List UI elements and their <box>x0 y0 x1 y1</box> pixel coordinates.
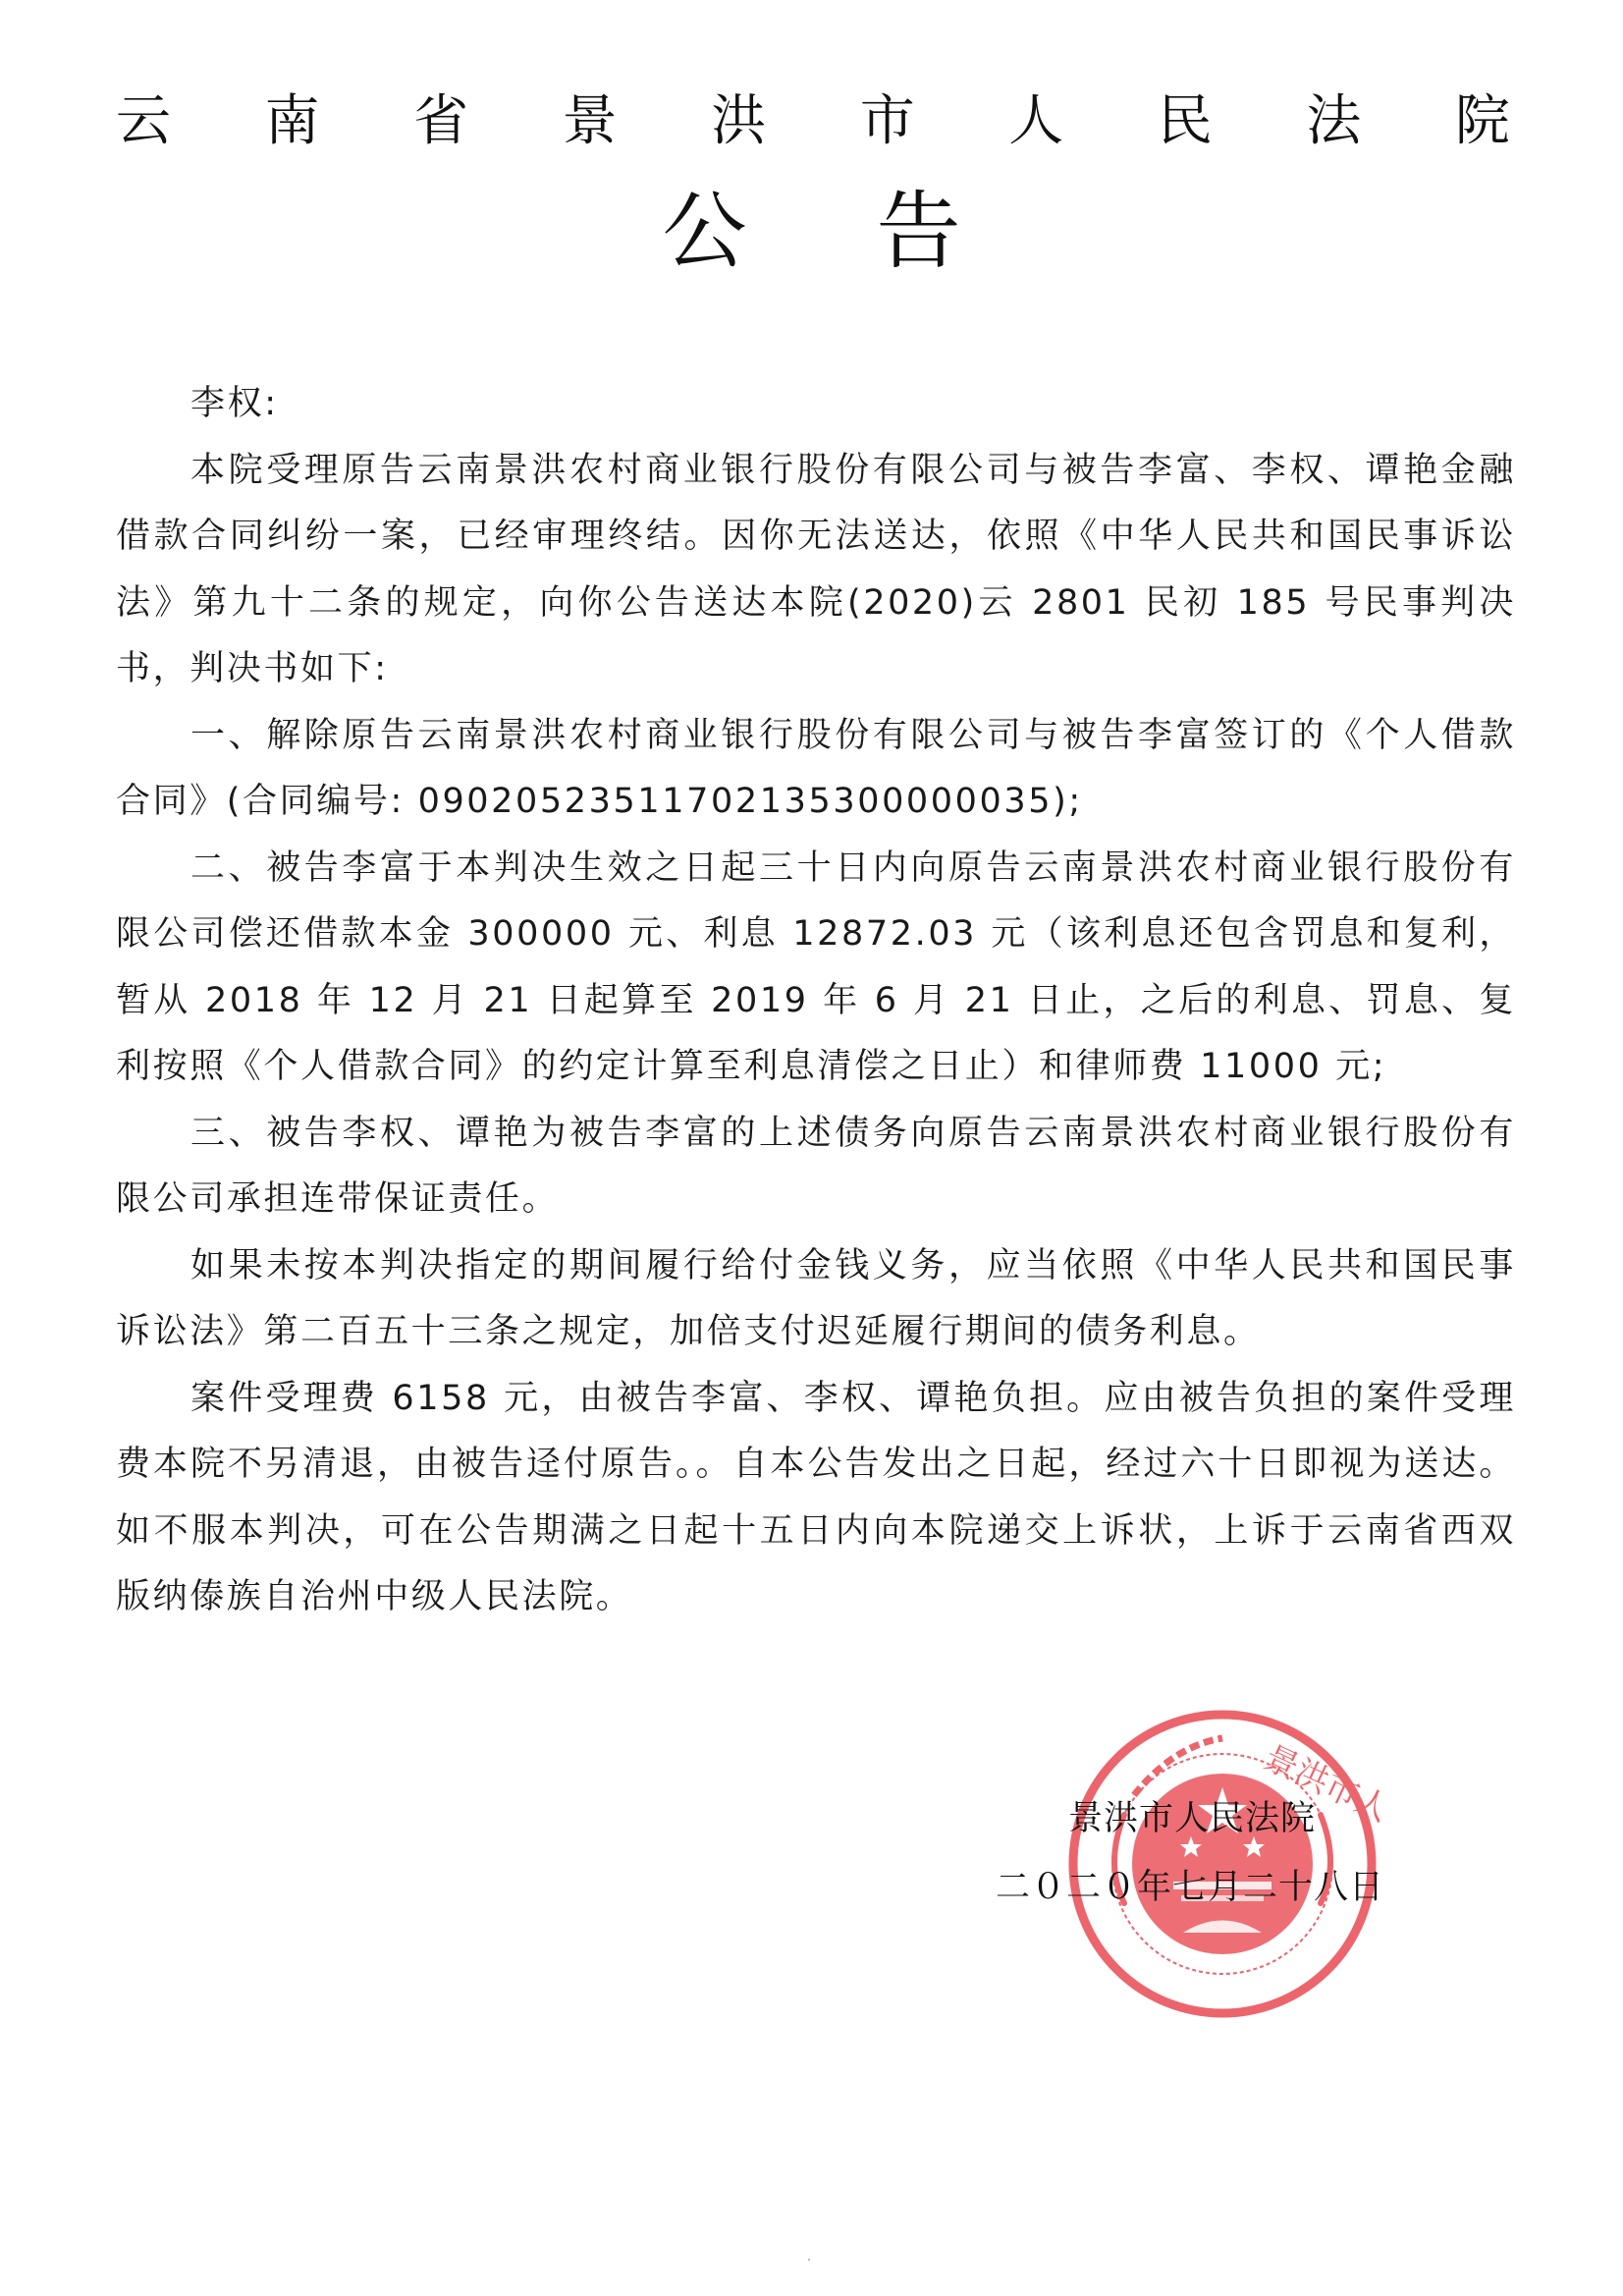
court-name-char: 人 <box>1008 90 1063 153</box>
court-name-char: 市 <box>860 90 915 153</box>
document-title: 公告 <box>0 183 1623 281</box>
paragraph-judgment-item-1: 一、解除原告云南景洪农村商业银行股份有限公司与被告李富签订的《个人借款合同》(合… <box>116 703 1516 836</box>
court-name-char: 省 <box>413 90 468 153</box>
court-name-char: 景 <box>563 90 618 153</box>
court-name-char: 法 <box>1306 90 1361 153</box>
paragraph-judgment-item-3: 三、被告李权、谭艳为被告李富的上述债务向原告云南景洪农村商业银行股份有限公司承担… <box>116 1101 1516 1233</box>
paragraph-late-performance: 如果未按本判决指定的期间履行给付金钱义务，应当依照《中华人民共和国民事诉讼法》第… <box>116 1233 1516 1366</box>
salutation: 李权: <box>116 371 1516 438</box>
court-name-char: 洪 <box>711 90 766 153</box>
paragraph-judgment-item-2: 二、被告李富于本判决生效之日起三十日内向原告云南景洪农村商业银行股份有限公司偿还… <box>116 836 1516 1101</box>
court-name-char: 民 <box>1158 90 1213 153</box>
notice-body: 李权: 本院受理原告云南景洪农村商业银行股份有限公司与被告李富、李权、谭艳金融借… <box>116 371 1516 1631</box>
court-name-heading: 云 南 省 景 洪 市 人 民 法 院 <box>116 90 1510 153</box>
national-emblem-seal-icon: 景洪市人民法院 <box>1065 1707 1380 2021</box>
court-notice-page: 云 南 省 景 洪 市 人 民 法 院 公告 李权: 本院受理原告云南景洪农村商… <box>0 0 1623 2296</box>
scan-speck <box>808 2259 810 2261</box>
court-name-char: 云 <box>116 90 171 153</box>
signing-court: 景洪市人民法院 <box>1068 1799 1316 1838</box>
paragraph-fees-and-appeal: 案件受理费 6158 元，由被告李富、李权、谭艳负担。应由被告负担的案件受理费本… <box>116 1366 1516 1631</box>
signing-date: 二０二０年七月二十八日 <box>996 1868 1384 1907</box>
court-name-char: 院 <box>1455 90 1510 153</box>
paragraph-case-intro: 本院受理原告云南景洪农村商业银行股份有限公司与被告李富、李权、谭艳金融借款合同纠… <box>116 438 1516 703</box>
court-name-char: 南 <box>265 90 320 153</box>
